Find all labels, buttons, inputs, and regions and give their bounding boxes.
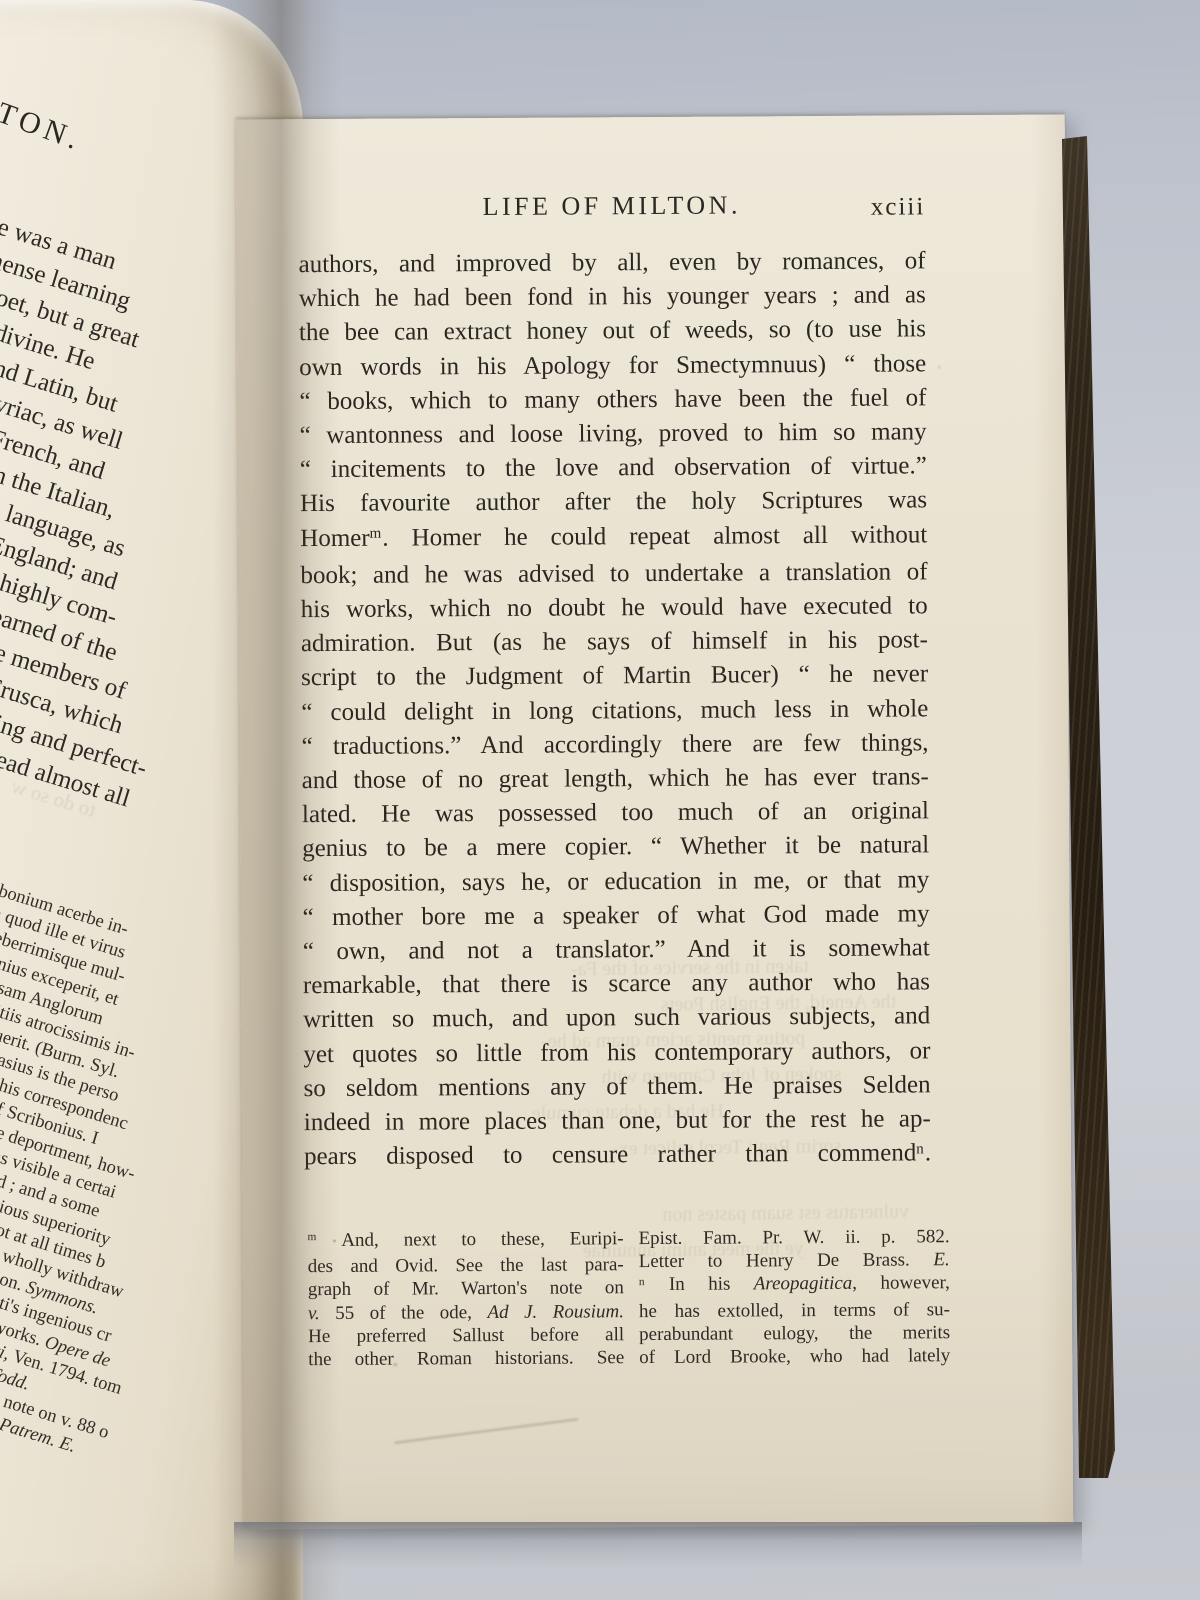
text-line: “ traductions.” And accordingly there ar… <box>301 726 928 764</box>
text-segment: “ could delight in long citations, much … <box>301 695 928 726</box>
page-number: xciii <box>298 193 925 225</box>
text-segment: “ own, and not a translator.” And it is … <box>303 934 930 965</box>
text-segment: which he had been fond in his younger ye… <box>299 282 926 313</box>
text-line: “ incitements to the love and observatio… <box>300 450 927 488</box>
text-line: perabundant eulogy, the merits <box>639 1321 950 1346</box>
text-line: so seldom mentions any of them. He prais… <box>304 1068 931 1106</box>
text-line: authors, and improved by all, even by ro… <box>298 244 925 282</box>
text-segment: n <box>639 1276 645 1288</box>
text-segment: of Lord Brooke, who had lately <box>639 1345 950 1368</box>
text-line: Homerm. Homer he could repeat almost all… <box>300 518 927 559</box>
text-segment: Epist. Fam. Pr. W. ii. p. 582. <box>638 1226 949 1249</box>
text-segment: “ books, which to many others have been … <box>299 384 926 415</box>
text-line: m And, next to these, Euripi- <box>307 1227 623 1255</box>
text-segment: he has extolled, in terms of su- <box>639 1299 950 1322</box>
text-segment: written so much, and upon such various s… <box>303 1003 930 1034</box>
text-segment: admiration. But (as he says of himself i… <box>301 627 928 658</box>
show-through-text: taken in the service of the Fa-the Aenei… <box>236 114 1065 119</box>
text-line: v. 55 of the ode, Ad J. Rousium. <box>308 1300 624 1325</box>
text-segment: . <box>925 1140 931 1167</box>
text-line: lated. He was possessed too much of an o… <box>302 795 929 833</box>
text-line: genius to be a mere copier. “ Whether it… <box>302 829 929 867</box>
text-line: “ books, which to many others have been … <box>299 381 926 419</box>
text-segment: his works, which no doubt he would have … <box>301 592 928 623</box>
text-segment: m <box>370 526 382 542</box>
text-line: the other Roman historians. See <box>308 1346 624 1371</box>
text-segment: Letter to Henry De Brass. <box>639 1250 934 1273</box>
text-line: book; and he was advised to undertake a … <box>300 555 927 593</box>
book-shadow <box>234 1522 1082 1568</box>
text-segment: authors, and improved by all, even by ro… <box>299 247 926 278</box>
show-through-line: vulneratus est suam pastes non <box>662 1201 909 1227</box>
text-segment: “ mother bore me a speaker of what God m… <box>302 900 929 931</box>
text-segment: the other Roman historians. See <box>308 1347 624 1370</box>
body-text: authors, and improved by all, even by ro… <box>298 244 931 1177</box>
text-segment: “ traductions.” And accordingly there ar… <box>301 729 928 760</box>
text-segment: m <box>307 1231 316 1243</box>
text-segment: so seldom mentions any of them. He prais… <box>304 1071 931 1102</box>
text-segment: In his <box>645 1274 753 1296</box>
text-line: “ own, and not a translator.” And it is … <box>303 931 930 969</box>
text-line: “ mother bore me a speaker of what God m… <box>302 897 929 935</box>
text-segment: 55 of the ode, <box>320 1302 488 1324</box>
text-segment: “ wantonness and loose living, proved to… <box>300 418 927 449</box>
text-segment: des and Ovid. See the last para- <box>308 1254 624 1277</box>
right-page: LIFE OF MILTON. xciii taken in the servi… <box>236 114 1074 1529</box>
text-segment: perabundant eulogy, the merits <box>639 1322 950 1345</box>
text-segment: Areopagitica <box>754 1273 853 1295</box>
text-line: pears disposed to censure rather than co… <box>304 1137 931 1178</box>
text-line: Letter to Henry De Brass. E. <box>639 1248 950 1273</box>
text-segment: He preferred Sallust before all <box>308 1324 624 1347</box>
text-line: written so much, and upon such various s… <box>303 1000 930 1038</box>
text-line: “ disposition, says he, or education in … <box>302 863 929 901</box>
paper-crease <box>394 1418 578 1444</box>
text-segment: yet quotes so little from his contempora… <box>303 1037 930 1068</box>
text-line: yet quotes so little from his contempora… <box>303 1034 930 1072</box>
text-segment: indeed in more places than one, but for … <box>304 1105 931 1136</box>
text-line: indeed in more places than one, but for … <box>304 1102 931 1140</box>
text-segment: Ad J. Rousium. <box>487 1301 624 1323</box>
text-line: “ wantonness and loose living, proved to… <box>300 415 927 453</box>
text-segment: “ disposition, says he, or education in … <box>302 866 929 897</box>
left-page-footnote-text: fitetur Scribonium acerbe in-andi, quam … <box>0 857 254 1468</box>
text-line: he has extolled, in terms of su- <box>639 1298 950 1323</box>
text-line: His favourite author after the holy Scri… <box>300 484 927 522</box>
text-line: “ could delight in long citations, much … <box>301 692 928 730</box>
text-segment: And, next to these, Euripi- <box>317 1228 623 1251</box>
text-segment: v. <box>308 1303 320 1324</box>
text-segment: the bee can extract honey out of weeds, … <box>299 316 926 347</box>
text-line: He preferred Sallust before all <box>308 1323 624 1348</box>
text-segment: pears disposed to censure rather than co… <box>304 1140 916 1171</box>
text-segment: lated. He was possessed too much of an o… <box>302 798 929 829</box>
text-line: script to the Judgment of Martin Bucer) … <box>301 658 928 696</box>
text-segment: script to the Judgment of Martin Bucer) … <box>301 661 928 692</box>
text-line: of Lord Brooke, who had lately <box>639 1344 950 1369</box>
text-segment: genius to be a mere copier. “ Whether it… <box>302 832 929 863</box>
text-segment: n <box>916 1141 924 1157</box>
text-line: n In his Areopagitica, however, <box>639 1272 950 1300</box>
text-segment: book; and he was advised to undertake a … <box>300 558 927 589</box>
text-line: des and Ovid. See the last para- <box>308 1253 624 1278</box>
text-line: which he had been fond in his younger ye… <box>299 279 926 317</box>
text-segment: E. <box>933 1249 949 1270</box>
text-segment: own words in his Apology for Smectymnuus… <box>299 350 926 381</box>
text-segment: Homer <box>300 524 370 551</box>
footnote-right-column: Epist. Fam. Pr. W. ii. p. 582.Letter to … <box>638 1225 950 1369</box>
text-segment: remarkable, that there is scarce any aut… <box>303 969 930 1000</box>
book-photo: TON. ar; for he was a mant of immense le… <box>0 0 1200 1600</box>
text-segment: “ incitements to the love and observatio… <box>300 453 927 484</box>
text-line: graph of Mr. Warton's note on <box>308 1277 624 1302</box>
text-segment: graph of Mr. Warton's note on <box>308 1278 624 1301</box>
text-segment: , however, <box>852 1273 950 1295</box>
left-page-running-header-fragment: TON. <box>0 96 87 158</box>
text-segment: and those of no great length, which he h… <box>302 763 929 794</box>
footnote-left-column: m And, next to these, Euripi-des and Ovi… <box>307 1227 624 1371</box>
text-segment: E. <box>57 1434 78 1458</box>
text-line: his works, which no doubt he would have … <box>301 589 928 627</box>
text-line: Epist. Fam. Pr. W. ii. p. 582. <box>638 1225 949 1250</box>
text-line: own words in his Apology for Smectymnuus… <box>299 347 926 385</box>
text-line: admiration. But (as he says of himself i… <box>301 624 928 662</box>
text-line: the bee can extract honey out of weeds, … <box>299 313 926 351</box>
text-segment: . Homer he could repeat almost all witho… <box>382 521 927 551</box>
text-line: and those of no great length, which he h… <box>302 760 929 798</box>
text-line: remarkable, that there is scarce any aut… <box>303 966 930 1004</box>
text-segment: His favourite author after the holy Scri… <box>300 487 927 518</box>
